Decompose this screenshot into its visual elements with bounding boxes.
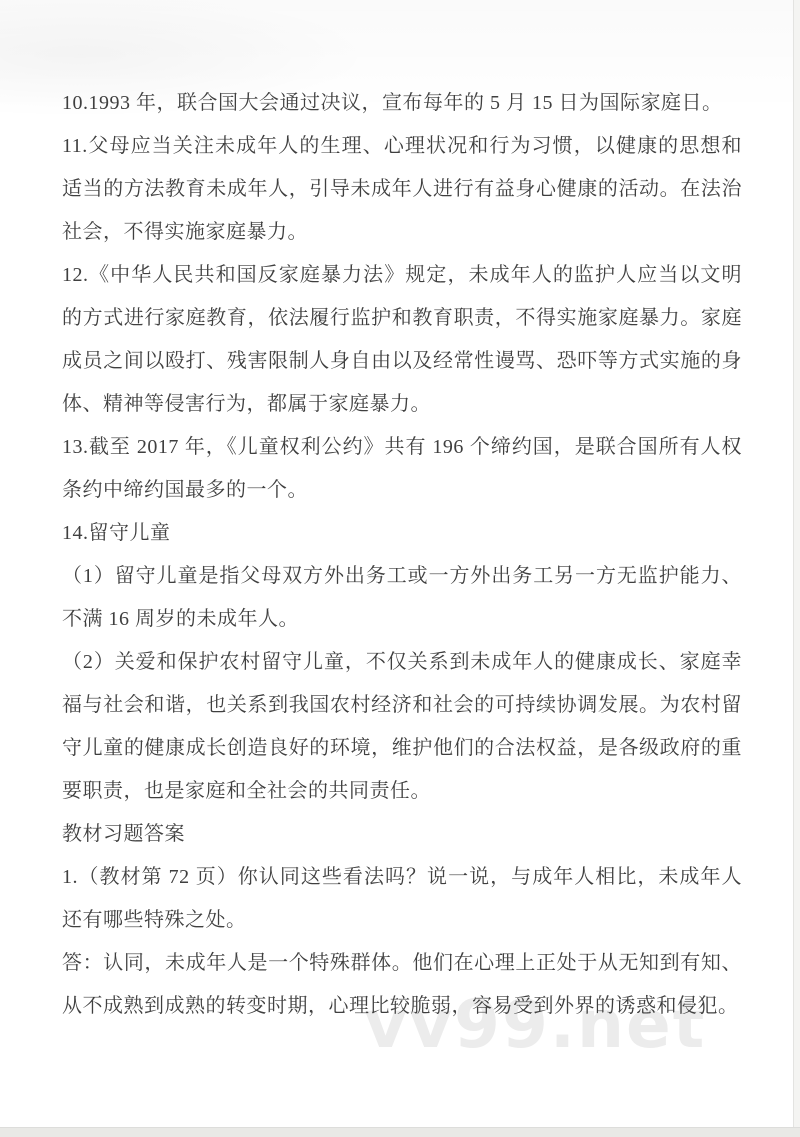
paragraph: 答：认同，未成年人是一个特殊群体。他们在心理上正处于从无知到有知、从不成熟到成熟… [62,942,742,1028]
paragraph: 13.截至 2017 年，《儿童权利公约》共有 196 个缔约国，是联合国所有人… [62,426,742,512]
paragraph: 11.父母应当关注未成年人的生理、心理状况和行为习惯，以健康的思想和适当的方法教… [62,125,742,254]
document-page: vv99.net 10.1993 年，联合国大会通过决议，宣布每年的 5 月 1… [0,0,800,1137]
document-body: 10.1993 年，联合国大会通过决议，宣布每年的 5 月 15 日为国际家庭日… [62,82,742,1028]
paragraph: 1.（教材第 72 页）你认同这些看法吗？说一说，与成年人相比，未成年人还有哪些… [62,856,742,942]
paragraph: （2）关爱和保护农村留守儿童，不仅关系到未成年人的健康成长、家庭幸福与社会和谐，… [62,641,742,813]
paragraph: 12.《中华人民共和国反家庭暴力法》规定，未成年人的监护人应当以文明的方式进行家… [62,254,742,426]
paragraph: 10.1993 年，联合国大会通过决议，宣布每年的 5 月 15 日为国际家庭日… [62,82,742,125]
paragraph: 教材习题答案 [62,813,742,856]
page-right-edge [793,0,800,1137]
paragraph: 14.留守儿童 [62,512,742,555]
paragraph: （1）留守儿童是指父母双方外出务工或一方外出务工另一方无监护能力、不满 16 周… [62,555,742,641]
page-bottom-edge [0,1127,800,1137]
